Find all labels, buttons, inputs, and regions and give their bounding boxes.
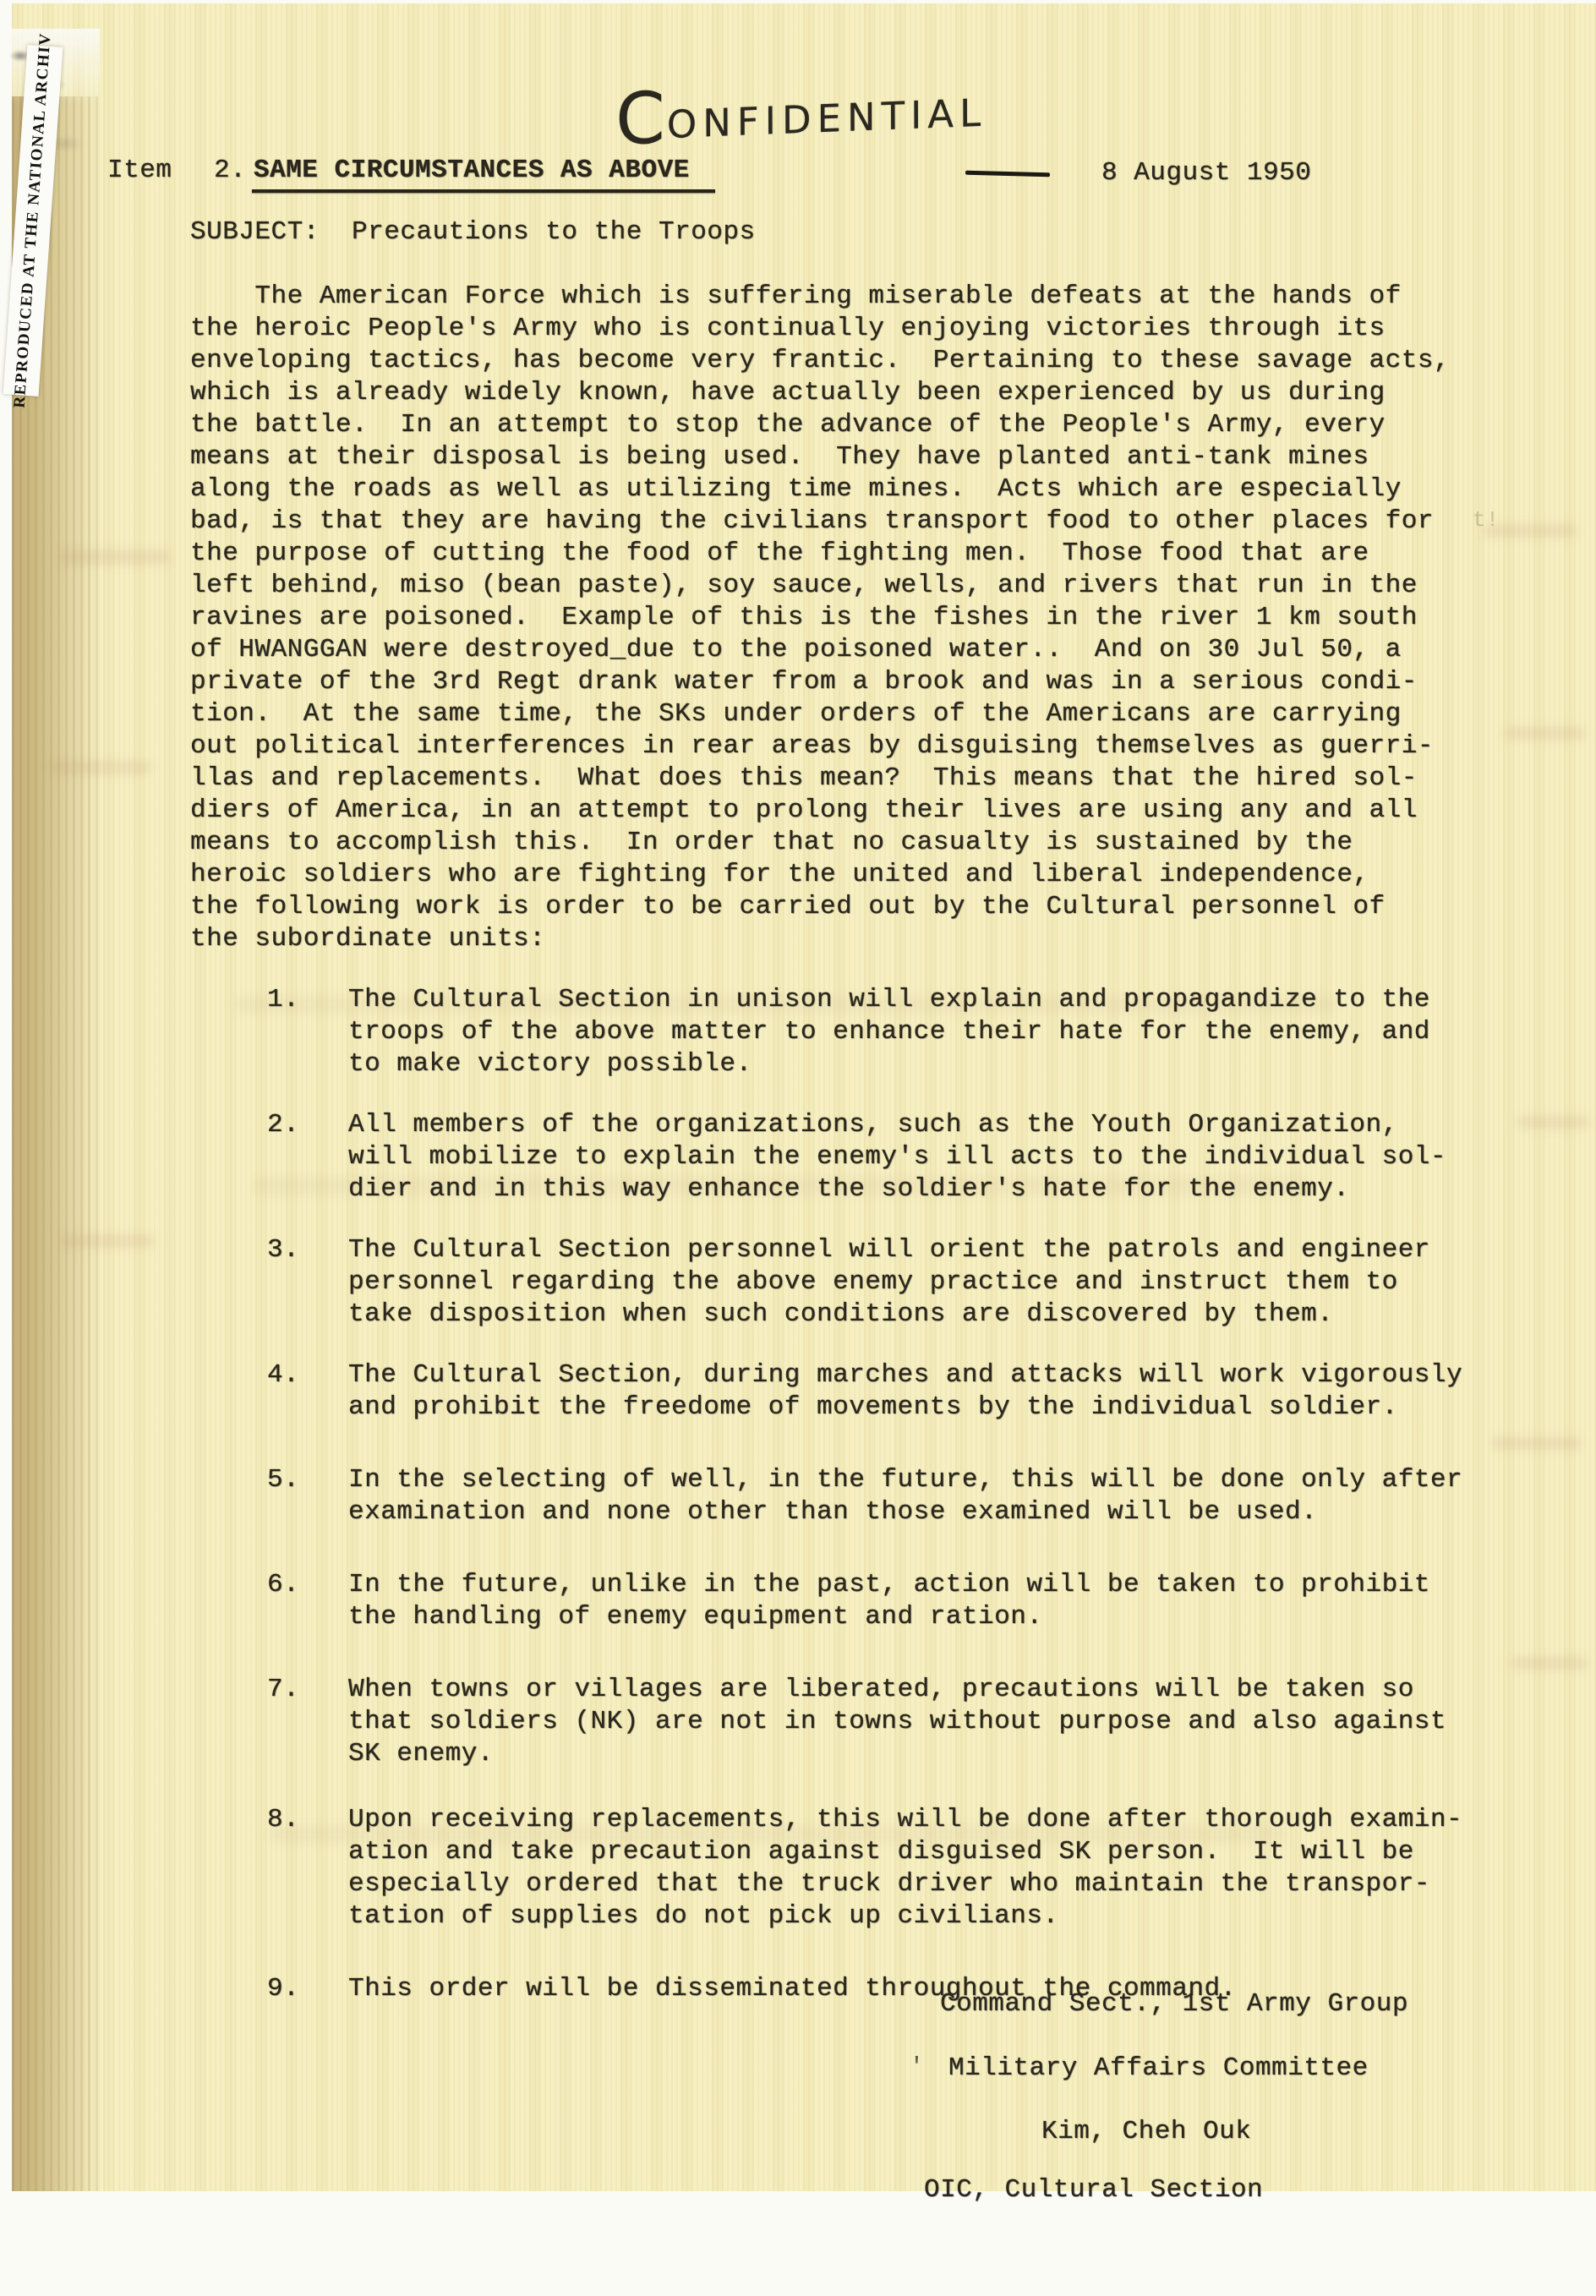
ghost-mark [1492,1437,1581,1450]
document-line: The Cultural Section, during marches and… [348,1359,1462,1391]
item-label: Item [107,155,172,187]
ghost-mark [1511,1657,1588,1670]
document-line: that soldiers (NK) are not in towns with… [348,1706,1462,1738]
page-title-underline [252,189,715,193]
document-date: 8 August 1950 [1101,157,1311,189]
document-line: means at their disposal is being used. T… [190,441,1462,473]
order-item-lines: In the selecting of well, in the future,… [348,1464,1462,1528]
subject-line: SUBJECT: Precautions to the Troops [190,216,1462,249]
order-item-lines: In the future, unlike in the past, actio… [348,1569,1462,1633]
order-item: 2.All members of the organizations, such… [190,1109,1462,1205]
document-line: especially ordered that the truck driver… [348,1868,1462,1900]
order-item-number: 3. [267,1234,299,1266]
document-line: In the selecting of well, in the future,… [348,1464,1462,1496]
document-line: the heroic People's Army who is continua… [190,313,1462,345]
order-item-lines: When towns or villages are liberated, pr… [348,1674,1462,1770]
order-item-lines: The Cultural Section, during marches and… [348,1359,1462,1424]
document-line: the battle. In an attempt to stop the ad… [190,409,1462,441]
signature-committee-line: Military Affairs Committee [948,2053,1369,2085]
document-line: The Cultural Section personnel will orie… [348,1234,1462,1266]
document-line: out political interferences in rear area… [190,730,1462,763]
document-line: tation of supplies do not pick up civili… [348,1900,1462,1932]
order-item-lines: The Cultural Section in unison will expl… [348,984,1462,1080]
document-line: take disposition when such conditions ar… [348,1298,1462,1331]
item-number: 2. [214,155,246,187]
signature-role-line: OIC, Cultural Section [924,2174,1263,2206]
document-line: means to accomplish this. In order that … [190,827,1462,859]
document-line: enveloping tactics, has become very fran… [190,345,1462,377]
document-line: tion. At the same time, the SKs under or… [190,698,1462,730]
document-line: All members of the organizations, such a… [348,1109,1462,1141]
document-line: to make victory possible. [348,1048,1462,1080]
document-line: diers of America, in an attempt to prolo… [190,795,1462,827]
order-item-number: 1. [267,984,299,1016]
document-line: will mobilize to explain the enemy's ill… [348,1141,1462,1173]
signature-unit-line: Command Sect., 1st Army Group [940,1988,1408,2020]
order-item-number: 4. [267,1359,299,1391]
document-body: SUBJECT: Precautions to the Troops The A… [190,216,1462,2005]
document-line: SK enemy. [348,1738,1462,1770]
document-line: the subordinate units: [190,923,1462,955]
faint-margin-mark: t! [1473,507,1499,533]
order-list: 1.The Cultural Section in unison will ex… [190,984,1462,2005]
document-line: The American Force which is suffering mi… [190,281,1462,313]
document-line: Upon receiving replacements, this will b… [348,1804,1462,1836]
document-line: which is already widely known, have actu… [190,377,1462,409]
ghost-mark [49,761,150,774]
order-item: 3.The Cultural Section personnel will or… [190,1234,1462,1331]
document-line: ravines are poisoned. Example of this is… [190,602,1462,634]
document-line: The Cultural Section in unison will expl… [348,984,1462,1016]
document-line: ation and take precaution against disgui… [348,1836,1462,1868]
order-item: 8.Upon receiving replacements, this will… [190,1804,1462,1932]
order-item-number: 8. [267,1804,299,1836]
document-line: personnel regarding the above enemy prac… [348,1266,1462,1298]
document-line: the purpose of cutting the food of the f… [190,538,1462,570]
order-item-number: 2. [267,1109,299,1141]
body-paragraph: The American Force which is suffering mi… [190,281,1462,955]
document-line: bad, is that they are having the civilia… [190,506,1462,538]
order-item: 6.In the future, unlike in the past, act… [190,1569,1462,1633]
signature-name-line: Kim, Cheh Ouk [1041,2116,1251,2148]
order-item-number: 5. [267,1464,299,1496]
ghost-mark [61,1234,154,1248]
order-item-lines: The Cultural Section personnel will orie… [348,1234,1462,1331]
ghost-mark [1505,727,1585,740]
document-line: examination and none other than those ex… [348,1496,1462,1528]
order-item: 1.The Cultural Section in unison will ex… [190,984,1462,1080]
ghost-mark [1517,1116,1589,1129]
document-line: left behind, miso (bean paste), soy sauc… [190,570,1462,602]
document-line: In the future, unlike in the past, actio… [348,1569,1462,1601]
document-line: along the roads as well as utilizing tim… [190,473,1462,506]
order-item-number: 9. [267,1973,299,2005]
document-line: private of the 3rd Regt drank water from… [190,666,1462,698]
order-item-lines: All members of the organizations, such a… [348,1109,1462,1205]
document-line: the handling of enemy equipment and rati… [348,1601,1462,1633]
confidential-stamp-initial: C [615,88,667,149]
document-line: and prohibit the freedome of movements b… [348,1391,1462,1424]
document-line: the following work is order to be carrie… [190,891,1462,923]
document-line: dier and in this way enhance the soldier… [348,1173,1462,1205]
order-item: 4.The Cultural Section, during marches a… [190,1359,1462,1424]
document-line: When towns or villages are liberated, pr… [348,1674,1462,1706]
order-item-lines: Upon receiving replacements, this will b… [348,1804,1462,1932]
document-line: troops of the above matter to enhance th… [348,1016,1462,1048]
document-line: heroic soldiers who are fighting for the… [190,859,1462,891]
document-line: of HWANGGAN were destroyed_due to the po… [190,634,1462,666]
page-title: SAME CIRCUMSTANCES AS ABOVE [254,155,690,187]
stray-pen-mark: ' [910,2054,924,2080]
order-item: 7.When towns or villages are liberated, … [190,1674,1462,1770]
order-item: 5.In the selecting of well, in the futur… [190,1464,1462,1528]
page-edge-texture [12,96,100,2191]
order-item-number: 6. [267,1569,299,1601]
document-line: llas and replacements. What does this me… [190,763,1462,795]
order-item-number: 7. [267,1674,299,1706]
ghost-mark [59,549,169,565]
